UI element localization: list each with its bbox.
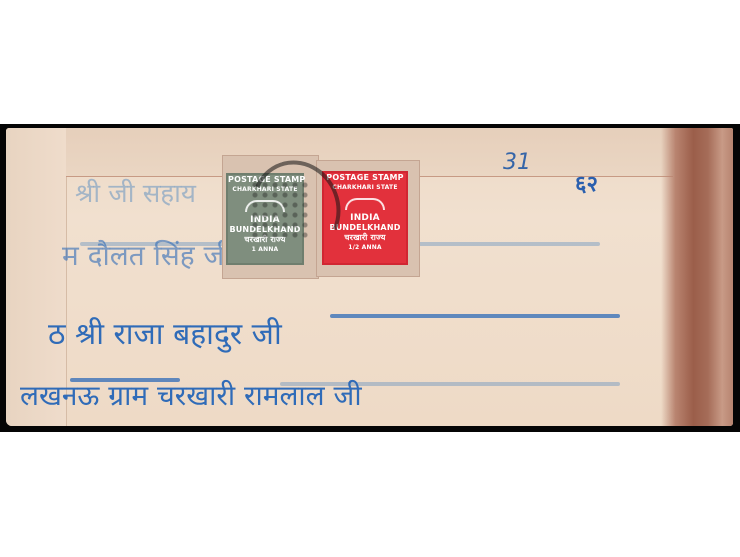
- stamp-text: POSTAGE STAMP: [324, 173, 406, 183]
- handwriting-line-4: लखनऊ ग्राम चरखारी रामलाल जी: [20, 376, 362, 414]
- stamp-text: चरखारी राज्य: [324, 233, 406, 243]
- handwriting-rule: [330, 314, 620, 318]
- handwriting-line-2: म दौलत सिंह जी: [62, 236, 232, 274]
- stamp-text: 1/2 ANNA: [324, 243, 406, 253]
- crossed-swords-icon: [340, 194, 390, 212]
- water-stain: [661, 128, 733, 426]
- corner-number: 31: [503, 150, 531, 175]
- handwriting-line-top: श्री जी सहाय: [75, 174, 196, 210]
- handwriting-line-3: ठ श्री राजा बहादुर जी: [48, 312, 282, 353]
- corner-script: ६२: [575, 168, 598, 198]
